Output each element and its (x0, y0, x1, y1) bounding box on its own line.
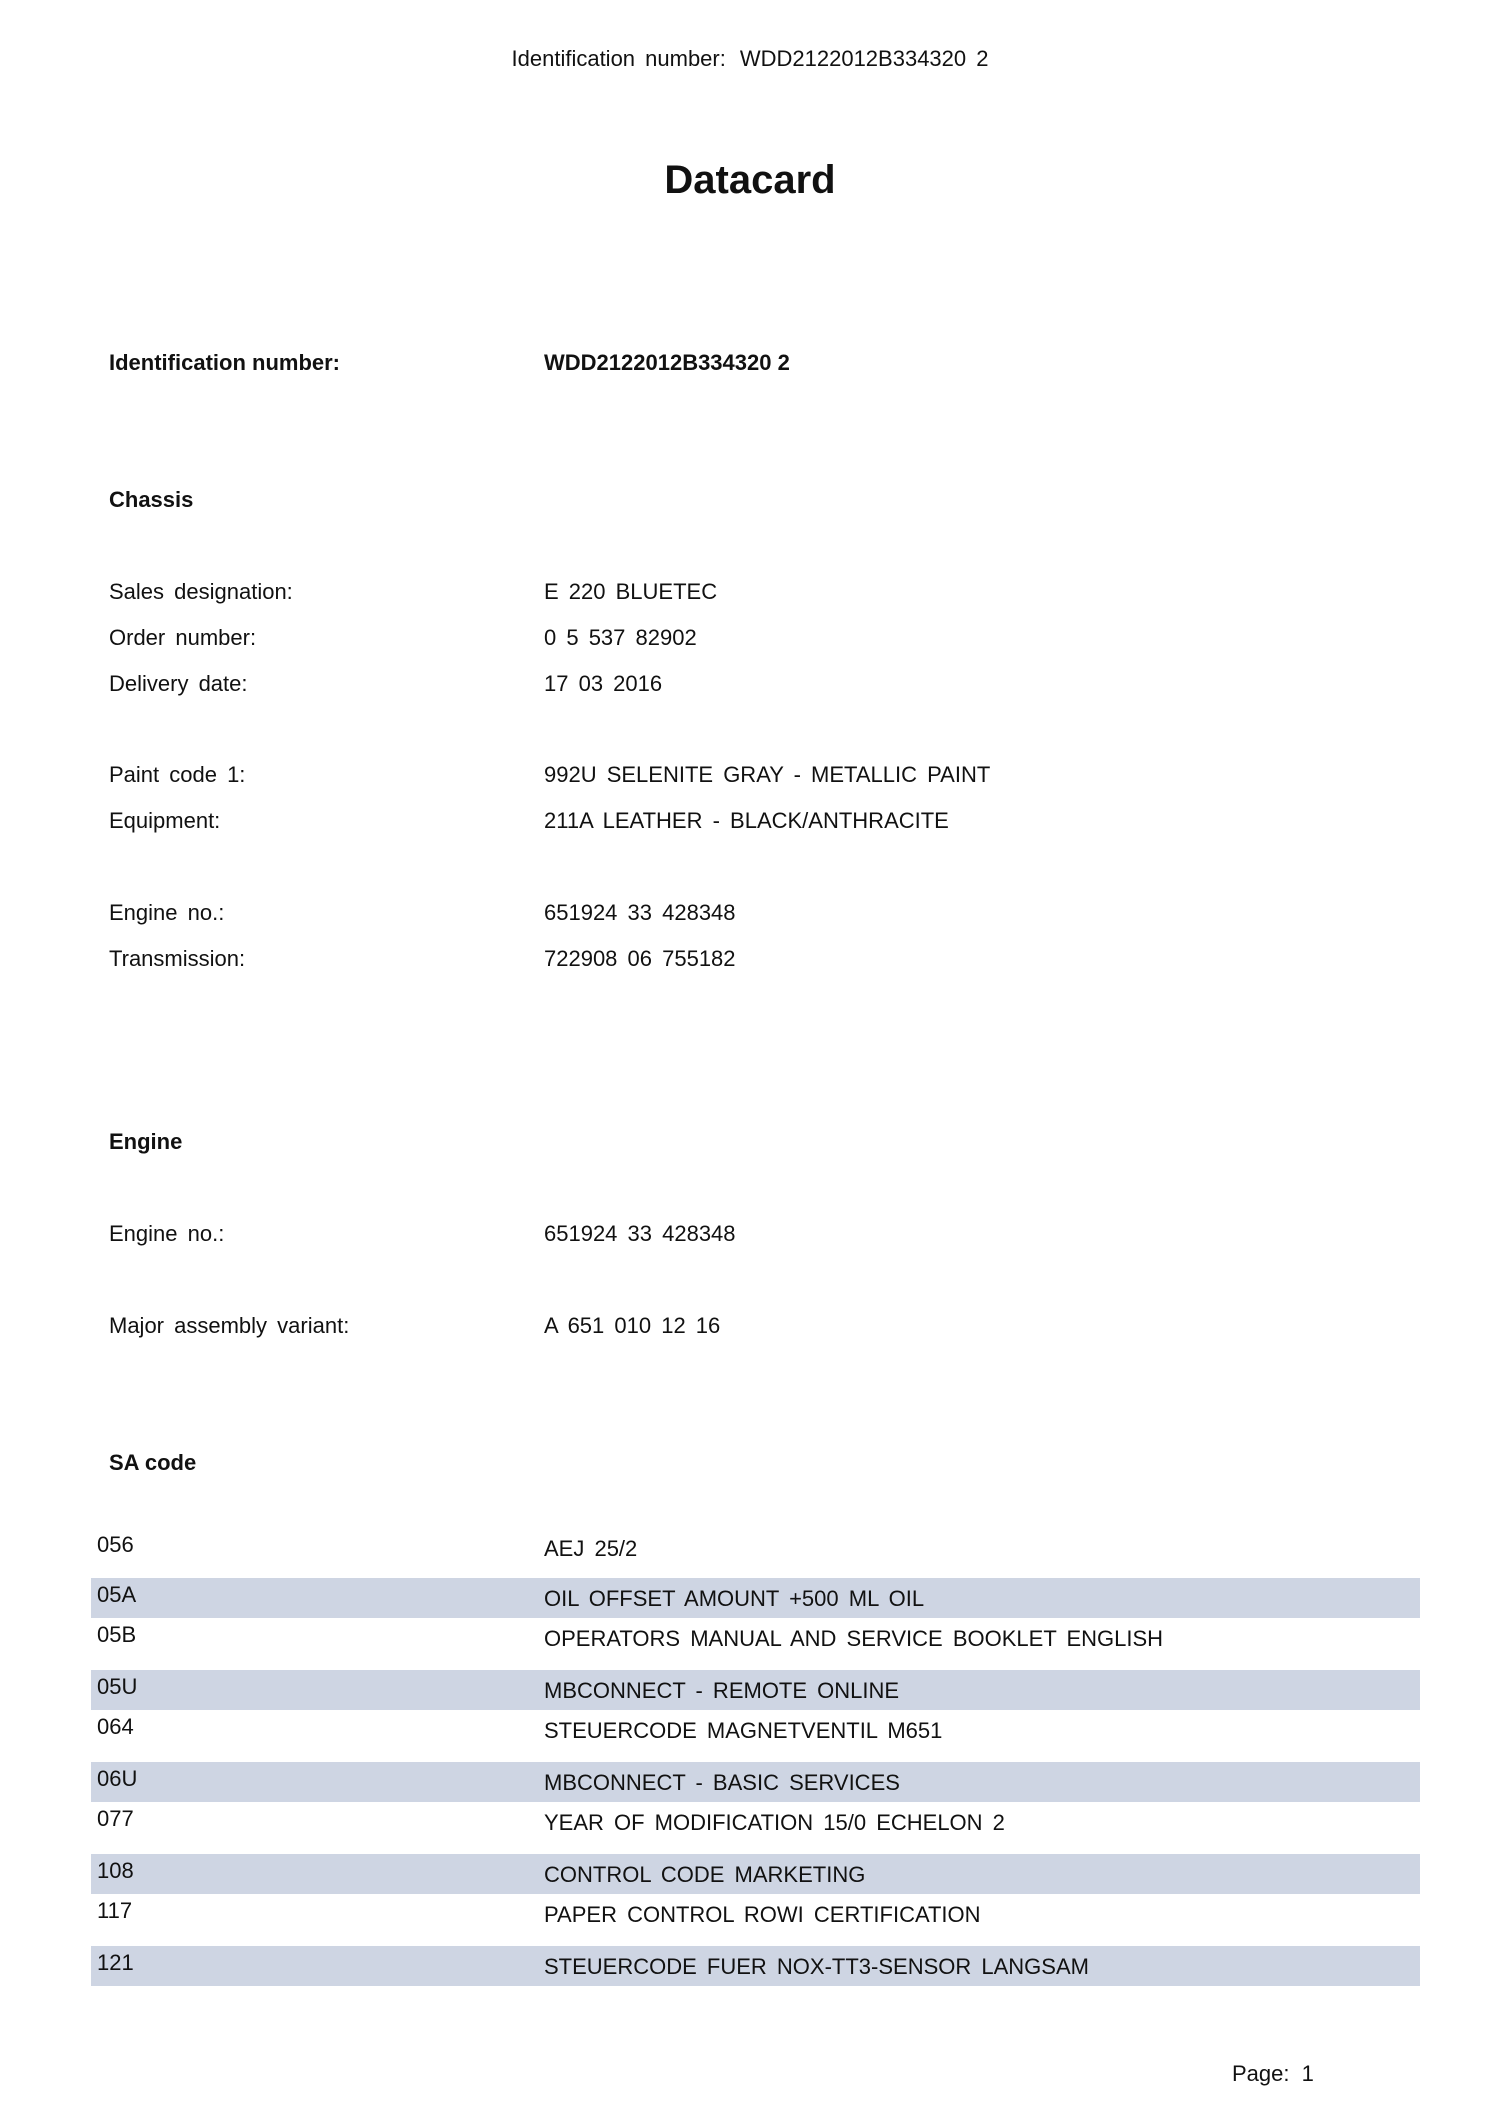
table-row: 064 STEUERCODE MAGNETVENTIL M651 (91, 1710, 1420, 1762)
field-label: Major assembly variant: (109, 1311, 349, 1341)
table-row: 108 CONTROL CODE MARKETING (91, 1854, 1420, 1894)
field-label: Paint code 1: (109, 760, 245, 790)
sa-code: 05U (97, 1674, 137, 1700)
sa-description: AEJ 25/2 (544, 1536, 637, 1562)
sa-code: 064 (97, 1714, 134, 1740)
sa-code: 056 (97, 1532, 134, 1558)
header-id-value: WDD2122012B334320 2 (740, 46, 989, 71)
sa-code: 108 (97, 1858, 134, 1884)
sa-description: STEUERCODE FUER NOX-TT3-SENSOR LANGSAM (544, 1954, 1089, 1980)
identification-value: WDD2122012B334320 2 (544, 348, 790, 378)
table-row: 06U MBCONNECT - BASIC SERVICES (91, 1762, 1420, 1802)
table-row: 056 AEJ 25/2 (91, 1528, 1420, 1578)
page-title: Datacard (0, 158, 1500, 203)
field-label: Engine no.: (109, 898, 224, 928)
sa-code: 121 (97, 1950, 134, 1976)
field-label: Sales designation: (109, 577, 293, 607)
table-row: 121 STEUERCODE FUER NOX-TT3-SENSOR LANGS… (91, 1946, 1420, 1986)
page-label: Page: (1232, 2061, 1290, 2086)
sa-description: OIL OFFSET AMOUNT +500 ML OIL (544, 1586, 924, 1612)
sa-code: 077 (97, 1806, 134, 1832)
sa-code-table: 056 AEJ 25/2 05A OIL OFFSET AMOUNT +500 … (91, 1528, 1420, 1986)
field-value: 722908 06 755182 (544, 944, 736, 974)
field-value: 0 5 537 82902 (544, 623, 697, 653)
field-value: 651924 33 428348 (544, 898, 736, 928)
header-id-label: Identification number: (512, 46, 726, 71)
field-label: Order number: (109, 623, 256, 653)
field-value: A 651 010 12 16 (544, 1311, 720, 1341)
field-value: 992U SELENITE GRAY - METALLIC PAINT (544, 760, 990, 790)
sa-description: YEAR OF MODIFICATION 15/0 ECHELON 2 (544, 1810, 1005, 1836)
table-row: 05A OIL OFFSET AMOUNT +500 ML OIL (91, 1578, 1420, 1618)
sa-description: MBCONNECT - BASIC SERVICES (544, 1770, 900, 1796)
field-label: Equipment: (109, 806, 220, 836)
field-label: Transmission: (109, 944, 245, 974)
sa-code: 117 (97, 1898, 132, 1924)
sa-description: CONTROL CODE MARKETING (544, 1862, 865, 1888)
field-label: Delivery date: (109, 669, 248, 699)
sa-code: 05A (97, 1582, 136, 1608)
field-label: Engine no.: (109, 1219, 224, 1249)
field-value: 211A LEATHER - BLACK/ANTHRACITE (544, 806, 949, 836)
field-value: 17 03 2016 (544, 669, 662, 699)
chassis-heading: Chassis (109, 487, 193, 513)
page-header: Identification number:WDD2122012B334320 … (0, 46, 1500, 72)
sa-description: STEUERCODE MAGNETVENTIL M651 (544, 1718, 942, 1744)
table-row: 117 PAPER CONTROL ROWI CERTIFICATION (91, 1894, 1420, 1946)
table-row: 05U MBCONNECT - REMOTE ONLINE (91, 1670, 1420, 1710)
sa-description: PAPER CONTROL ROWI CERTIFICATION (544, 1902, 981, 1928)
table-row: 077 YEAR OF MODIFICATION 15/0 ECHELON 2 (91, 1802, 1420, 1854)
page-number: 1 (1302, 2061, 1314, 2086)
sa-code: 06U (97, 1766, 137, 1792)
sa-code-heading: SA code (109, 1450, 196, 1476)
sa-description: OPERATORS MANUAL AND SERVICE BOOKLET ENG… (544, 1626, 1163, 1652)
sa-code: 05B (97, 1622, 136, 1648)
engine-heading: Engine (109, 1129, 182, 1155)
field-value: E 220 BLUETEC (544, 577, 717, 607)
sa-description: MBCONNECT - REMOTE ONLINE (544, 1678, 899, 1704)
table-row: 05B OPERATORS MANUAL AND SERVICE BOOKLET… (91, 1618, 1420, 1670)
field-value: 651924 33 428348 (544, 1219, 736, 1249)
page-footer: Page: 1 (1232, 2061, 1314, 2087)
identification-label: Identification number: (109, 348, 340, 378)
